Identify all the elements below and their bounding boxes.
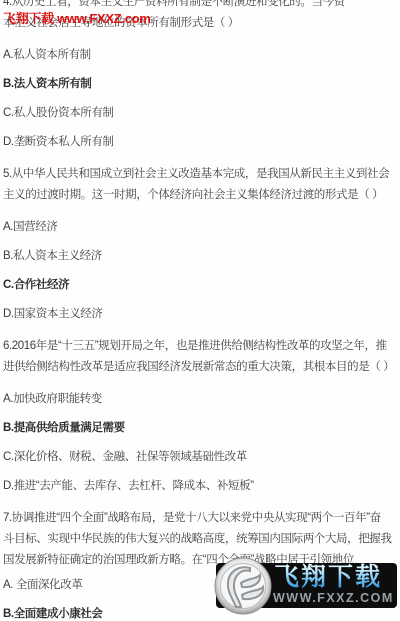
question-text-line: 6.2016年是“十三五”规划开局之年，也是推进供给侧结构性改革的攻坚之年，推 xyxy=(3,336,400,357)
answer-option: B.私人资本主义经济 xyxy=(3,249,400,263)
answer-option: A.国营经济 xyxy=(3,220,400,234)
question-text: 5.从中华人民共和国成立到社会主义改造基本完成，是我国从新民主主义到社会主义的过… xyxy=(3,164,400,206)
answer-option-correct: B.提高供给质量满足需要 xyxy=(3,421,400,435)
question-text-line: 主义的过渡时期。这一时期，个体经济向社会主义集体经济过渡的形式是（ ） xyxy=(3,185,400,206)
question-text: 7.协调推进“四个全面”战略布局，是党十八大以来党中央从实现“两个一百年”奋斗目… xyxy=(3,508,400,571)
answer-option: C.私人股份资本所有制 xyxy=(3,106,400,120)
answer-option-correct: C.合作社经济 xyxy=(3,278,400,292)
fxxz-logo-title: 飞翔下载 xyxy=(274,563,396,591)
fxxz-watermark-text: 飞翔下载 www.FXXZ.com xyxy=(3,8,151,27)
fxxz-logo-url: WWW.FXXZ.COM xyxy=(273,591,394,605)
question-block-q5: 5.从中华人民共和国成立到社会主义改造基本完成，是我国从新民主主义到社会主义的过… xyxy=(3,164,400,321)
fxxz-logo-badge: 飞翔下载 WWW.FXXZ.COM xyxy=(216,563,397,608)
answer-option: D.国家资本主义经济 xyxy=(3,307,400,321)
answer-option: D.推进“去产能、去库存、去杠杆、降成本、补短板” xyxy=(3,479,400,493)
fxxz-bird-icon xyxy=(214,557,272,615)
answer-option: D.垄断资本私人所有制 xyxy=(3,135,400,149)
question-text-line: 7.协调推进“四个全面”战略布局，是党十八大以来党中央从实现“两个一百年”奋 xyxy=(3,508,400,529)
quiz-document-page: 4.从历史上看，资本主义生产资料所有制是不断演进和变化的。当今资本主义社会居主导… xyxy=(0,0,400,621)
answer-option: A.加快政府职能转变 xyxy=(3,392,400,406)
answer-option-correct: B.法人资本所有制 xyxy=(3,77,400,91)
answer-option: A.私人资本所有制 xyxy=(3,48,400,62)
question-list: 4.从历史上看，资本主义生产资料所有制是不断演进和变化的。当今资本主义社会居主导… xyxy=(3,0,400,621)
question-block-q6: 6.2016年是“十三五”规划开局之年，也是推进供给侧结构性改革的攻坚之年，推进… xyxy=(3,336,400,493)
question-text: 6.2016年是“十三五”规划开局之年，也是推进供给侧结构性改革的攻坚之年，推进… xyxy=(3,336,400,378)
question-text-line: 斗目标、实现中华民族的伟大复兴的战略高度，统筹国内国际两个大局，把握我 xyxy=(3,529,400,550)
question-text-line: 5.从中华人民共和国成立到社会主义改造基本完成，是我国从新民主主义到社会 xyxy=(3,164,400,185)
answer-option: C.深化价格、财税、金融、社保等领域基础性改革 xyxy=(3,450,400,464)
answer-option-correct: B.全面建成小康社会 xyxy=(3,607,400,621)
question-text-line: 进供给侧结构性改革是适应我国经济发展新常态的重大决策，其根本目的是（ ） xyxy=(3,357,400,378)
